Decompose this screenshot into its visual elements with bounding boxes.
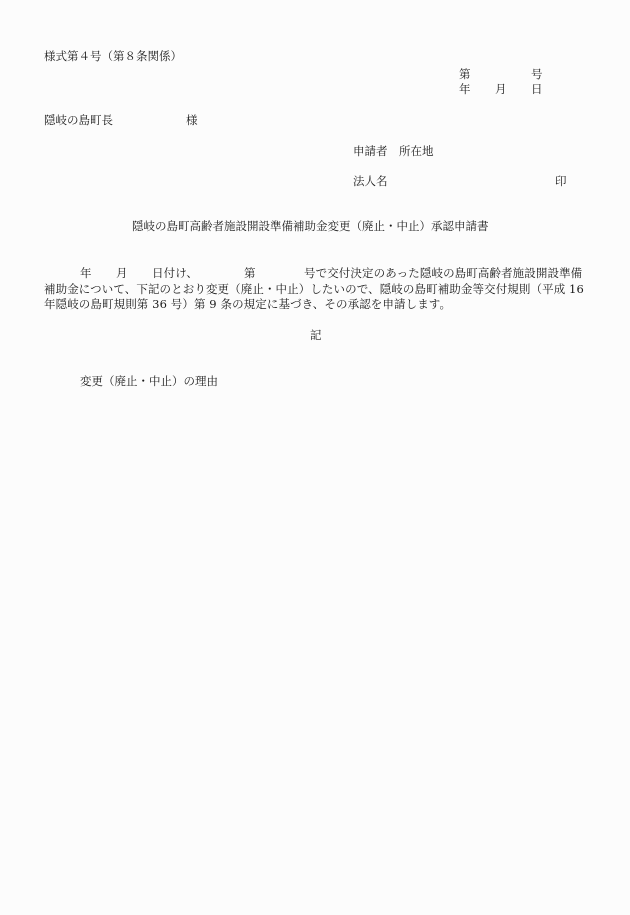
applicant-address-label: 所在地 [399,146,434,158]
body-line-3: 年隠岐の島町規則第 36 号）第 9 条の規定に基づき、その承認を申請します。 [44,299,589,311]
document-page: 様式第４号（第８条関係） 第 号 年 月 日 隠岐の島町長 様 申請者 所在地 … [0,0,630,915]
number-prefix: 第 [459,69,471,81]
body-line-2: 補助金について、下記のとおり変更（廃止・中止）したいので、隠岐の島町補助金等交付… [44,284,589,296]
ki-heading: 記 [310,330,322,342]
corporation-name-label: 法人名 [353,176,388,188]
number-suffix: 号 [531,69,543,81]
body-month-label: 月 [116,268,128,280]
seal-mark: 印 [555,176,567,188]
body-number-prefix: 第 [244,268,256,280]
body-year-label: 年 [80,268,92,280]
document-title: 隠岐の島町高齢者施設開設準備補助金変更（廃止・中止）承認申請書 [132,221,489,233]
addressee-honorific: 様 [186,115,198,127]
form-label: 様式第４号（第８条関係） [44,51,182,63]
addressee-name: 隠岐の島町長 [44,115,113,127]
body-day-suffix: 日付け、 [152,268,198,280]
applicant-label: 申請者 [353,146,388,158]
date-year-label: 年 [459,84,471,96]
date-day-label: 日 [531,84,543,96]
date-month-label: 月 [495,84,507,96]
change-reason-label: 変更（廃止・中止）の理由 [80,376,218,388]
body-line-1-rest: 号で交付決定のあった隠岐の島町高齢者施設開設準備 [304,268,582,280]
